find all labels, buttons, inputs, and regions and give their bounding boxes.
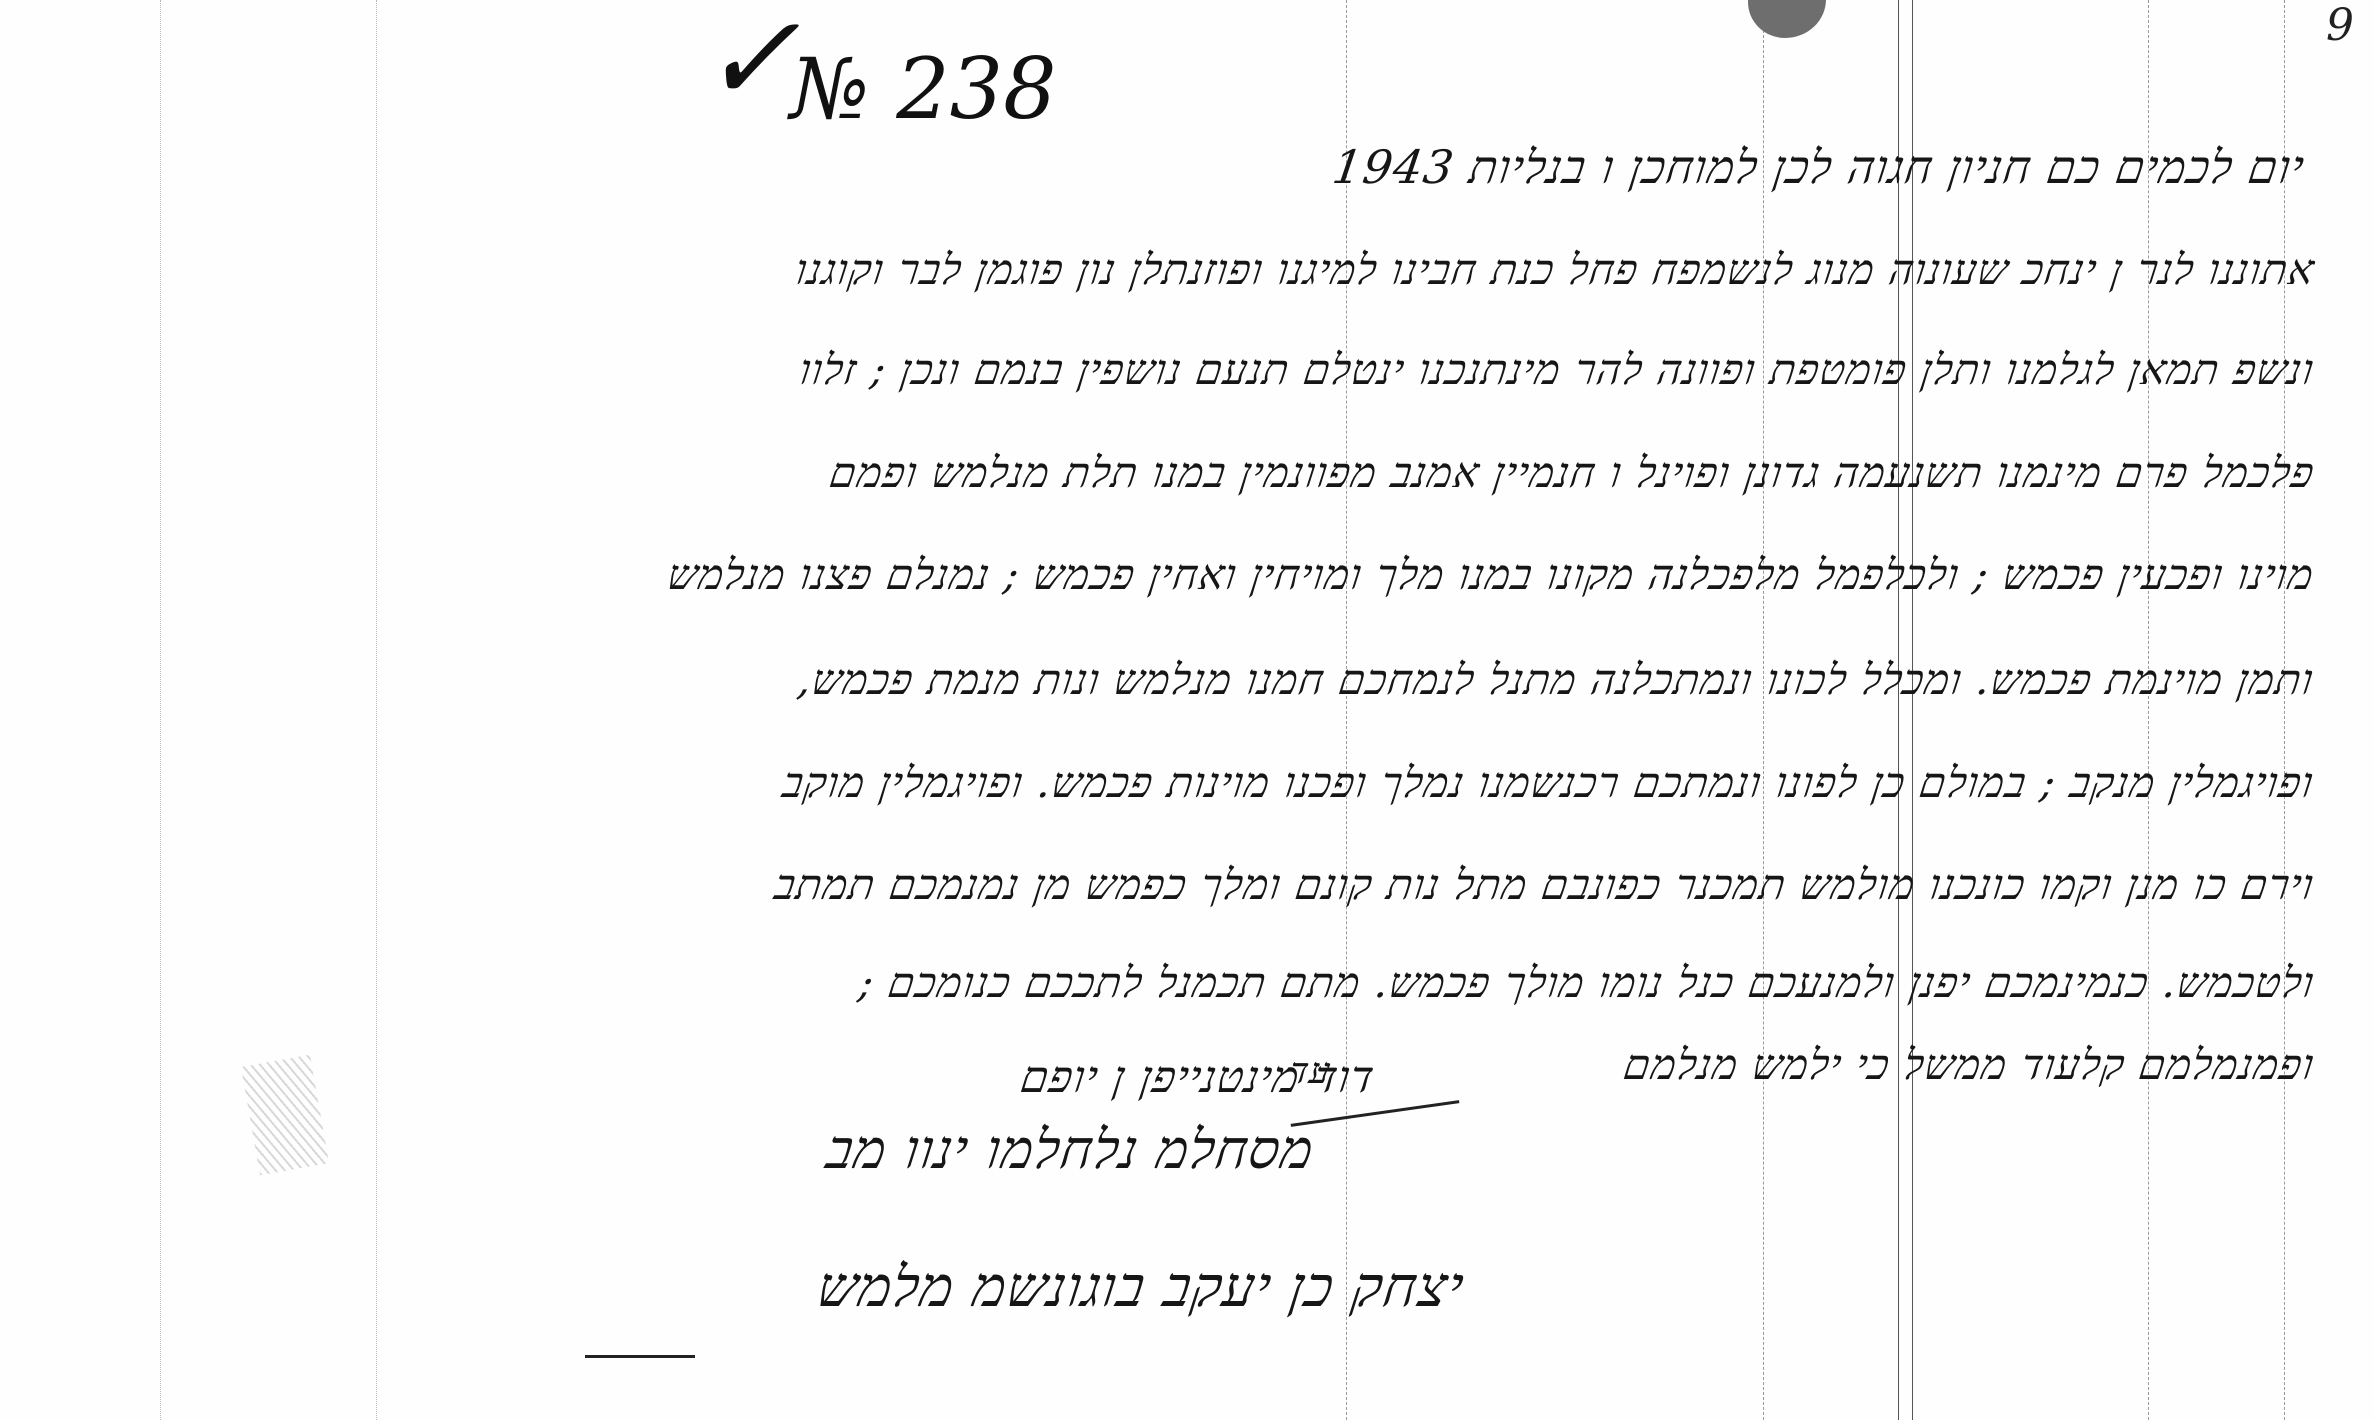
body-line: ופויגמלין מנקב ; במולם כן לפונו ונמתכם ר… — [780, 758, 2318, 808]
signature-flourish — [585, 1355, 695, 1358]
body-line: אתוננו לנר ן ינחכ שעונוה מנוג לנשמפח פחל… — [792, 245, 2317, 295]
body-line: מוינו ופכעין פכמש ; ולכלפמל מלפכלנה מקונ… — [665, 550, 2318, 600]
check-mark-icon: ✓ — [700, 0, 801, 129]
body-line: ונשפ תמאן לגלמנו ותלן פומטפת ופוונה להר … — [796, 345, 2317, 395]
fold-line — [1898, 0, 1899, 1420]
signature-line: מסחלמ נלחלמו ינוו מב — [823, 1118, 1319, 1181]
margin-line — [376, 0, 377, 1420]
body-line: ותמן מוינמת פכמש. ומכלל לכונו ונמתכלנה מ… — [795, 655, 2318, 705]
smudge-mark — [241, 1055, 329, 1175]
body-line: ופמנמלמם קלעוד ממשל כי ילמש מנלמם — [1620, 1040, 2317, 1090]
body-line: וירם כו מנן וקמו כונכנו מולמש תמכנר כפונ… — [772, 860, 2318, 910]
reference-number: № 238 — [790, 40, 1057, 138]
date-line: יום לכמים כם חניון חגוה לכן למוחכן ו בנל… — [1329, 140, 2308, 194]
page-corner-mark: 9 — [2326, 0, 2354, 51]
witness-mark: עד — [1287, 1050, 1334, 1092]
margin-line — [1763, 0, 1764, 1420]
scanned-document-page: 9 ✓ № 238 יום לכמים כם חניון חגוה לכן למ… — [0, 0, 2374, 1420]
fold-line — [1912, 0, 1913, 1420]
margin-line — [160, 0, 161, 1420]
margin-line — [2284, 0, 2285, 1420]
margin-line — [2148, 0, 2149, 1420]
ink-blot — [1748, 0, 1826, 38]
body-line: ולטכמש. כנמינמכם יפנן ולמנעכם כנל נומו מ… — [855, 958, 2317, 1008]
body-line: פלכמל פרם מינמנו תשנעמה גדונן ופוינל ו ח… — [826, 448, 2317, 498]
signature-line: יצחק כן יעקב בוגונשמ מלמש — [814, 1255, 1469, 1320]
margin-line — [1346, 0, 1347, 1420]
